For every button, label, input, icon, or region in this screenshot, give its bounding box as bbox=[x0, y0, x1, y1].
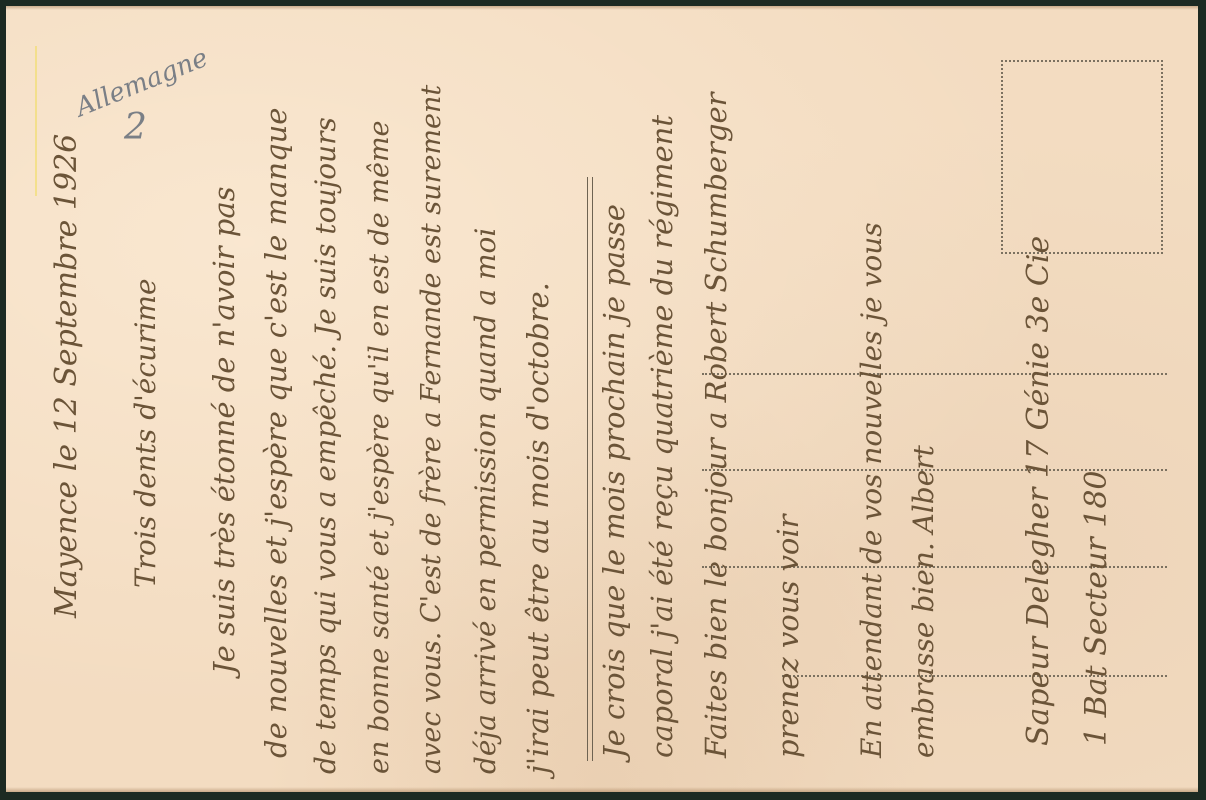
address-side-line-1: Je crois que le mois prochain je passe bbox=[600, 204, 629, 758]
sender-line-1: Sapeur Delegher 17 Génie 3e Cie bbox=[1024, 236, 1054, 746]
yellow-stain-mark bbox=[35, 46, 37, 196]
message-line-8: j'irai peut être au mois d'octobre. bbox=[524, 282, 553, 774]
message-line-3: de nouvelles et j'espère que c'est le ma… bbox=[262, 108, 291, 758]
address-line-1 bbox=[702, 373, 1167, 375]
postcard-back: Allemagne 2 Mayence le 12 Septembre 1926… bbox=[6, 6, 1198, 792]
pencil-note-number: 2 bbox=[124, 110, 147, 146]
message-line-4: de temps qui vous a empêché. Je suis tou… bbox=[312, 117, 340, 774]
center-divider-line bbox=[587, 177, 593, 761]
date-line: Mayence le 12 Septembre 1926 bbox=[52, 134, 82, 618]
message-line-1: Trois dents d'écurime bbox=[132, 278, 160, 588]
address-side-line-4: prenez vous voir bbox=[774, 514, 803, 758]
address-side-line-2: caporal j'ai été reçu quatrième du régim… bbox=[648, 115, 677, 758]
message-line-2: Je suis très étonné de n'avoir pas bbox=[210, 186, 239, 674]
paper-edge-top bbox=[6, 6, 1198, 10]
paper-edge-bottom bbox=[6, 787, 1198, 792]
address-side-line-6: embrasse bien. Albert bbox=[910, 445, 938, 758]
message-line-6: avec vous. C'est de frère a Fernande est… bbox=[418, 85, 445, 774]
message-line-5: en bonne santé et j'espère qu'il en est … bbox=[366, 120, 393, 774]
address-side-line-5: En attendant de vos nouvelles je vous bbox=[858, 222, 886, 758]
message-line-7: déja arrivé en permission quand a moi bbox=[472, 228, 500, 774]
address-side-line-3: Faites bien le bonjour a Robert Schumber… bbox=[702, 93, 731, 759]
stamp-box bbox=[1001, 60, 1163, 254]
sender-line-2: 1 Bat Secteur 180 bbox=[1082, 470, 1112, 746]
